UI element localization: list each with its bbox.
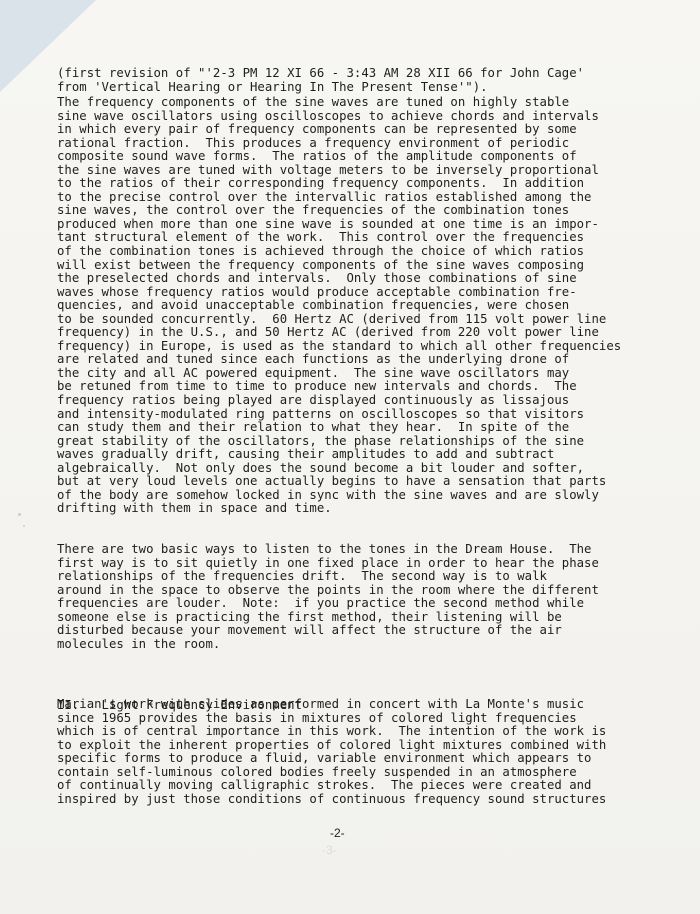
text-line: first way is to sit quietly in one fixed…	[57, 557, 599, 571]
text-line: to be sounded concurrently. 60 Hertz AC …	[57, 313, 621, 327]
text-line: relationships of the frequencies drift. …	[57, 570, 599, 584]
text-line: the city and all AC powered equipment. T…	[57, 367, 621, 381]
text-line: composite sound wave forms. The ratios o…	[57, 150, 621, 164]
paragraph-sine-waves: The frequency components of the sine wav…	[57, 96, 621, 516]
text-line: quencies, and avoid unacceptable combina…	[57, 299, 621, 313]
text-line: of the body are somehow locked in sync w…	[57, 489, 621, 503]
text-line: in which every pair of frequency compone…	[57, 123, 621, 137]
text-line: disturbed because your movement will aff…	[57, 624, 599, 638]
paragraph-listening-methods: There are two basic ways to listen to th…	[57, 543, 599, 651]
text-line: great stability of the oscillators, the …	[57, 435, 621, 449]
text-line: to exploit the inherent properties of co…	[57, 739, 606, 753]
text-line: sine waves, the control over the frequen…	[57, 204, 621, 218]
text-line: produced when more than one sine wave is…	[57, 218, 621, 232]
text-line: be retuned from time to time to produce …	[57, 380, 621, 394]
text-line: which is of central importance in this w…	[57, 725, 606, 739]
text-line: molecules in the room.	[57, 638, 599, 652]
text-line: are related and tuned since each functio…	[57, 353, 621, 367]
paragraph-light-environment: Marian's work with slides as performed i…	[57, 698, 606, 806]
text-line: frequencies are louder. Note: if you pra…	[57, 597, 599, 611]
text-line: since 1965 provides the basis in mixture…	[57, 712, 606, 726]
paper-speck	[18, 513, 21, 516]
text-line: sine wave oscillators using oscilloscope…	[57, 110, 621, 124]
text-line: algebraically. Not only does the sound b…	[57, 462, 621, 476]
text-line: and intensity-modulated ring patterns on…	[57, 408, 621, 422]
text-line: frequency ratios being played are displa…	[57, 394, 621, 408]
text-line: to the ratios of their corresponding fre…	[57, 177, 621, 191]
text-line: rational fraction. This produces a frequ…	[57, 137, 621, 151]
text-line: someone else is practicing the first met…	[57, 611, 599, 625]
typewritten-document: (first revision of "'2-3 PM 12 XI 66 - 3…	[57, 0, 697, 81]
text-line: The frequency components of the sine wav…	[57, 96, 621, 110]
text-line: waves whose frequency ratios would produ…	[57, 286, 621, 300]
text-line: the preselected chords and intervals. On…	[57, 272, 621, 286]
text-line: of continually moving calligraphic strok…	[57, 779, 606, 793]
text-line: but at very loud levels one actually beg…	[57, 475, 621, 489]
revision-note: (first revision of "'2-3 PM 12 XI 66 - 3…	[57, 67, 584, 94]
text-line: waves gradually drift, causing their amp…	[57, 448, 621, 462]
text-line: the sine waves are tuned with voltage me…	[57, 164, 621, 178]
text-line: (first revision of "'2-3 PM 12 XI 66 - 3…	[57, 67, 584, 81]
page-number: -2-	[330, 826, 345, 840]
text-line: Marian's work with slides as performed i…	[57, 698, 606, 712]
text-line: frequency) in the U.S., and 50 Hertz AC …	[57, 326, 621, 340]
text-line: There are two basic ways to listen to th…	[57, 543, 599, 557]
text-line: tant structural element of the work. Thi…	[57, 231, 621, 245]
text-line: drifting with them in space and time.	[57, 502, 621, 516]
text-line: to the precise control over the interval…	[57, 191, 621, 205]
paper-speck	[23, 525, 25, 527]
text-line: from 'Vertical Hearing or Hearing In The…	[57, 81, 584, 95]
text-line: inspired by just those conditions of con…	[57, 793, 606, 807]
text-line: frequency) in Europe, is used as the sta…	[57, 340, 621, 354]
text-line: around in the space to observe the point…	[57, 584, 599, 598]
text-line: specific forms to produce a fluid, varia…	[57, 752, 606, 766]
text-line: will exist between the frequency compone…	[57, 259, 621, 273]
text-line: of the combination tones is achieved thr…	[57, 245, 621, 259]
bleed-through-page-number: -3-	[322, 843, 337, 857]
text-line: contain self-luminous colored bodies fre…	[57, 766, 606, 780]
text-line: can study them and their relation to wha…	[57, 421, 621, 435]
